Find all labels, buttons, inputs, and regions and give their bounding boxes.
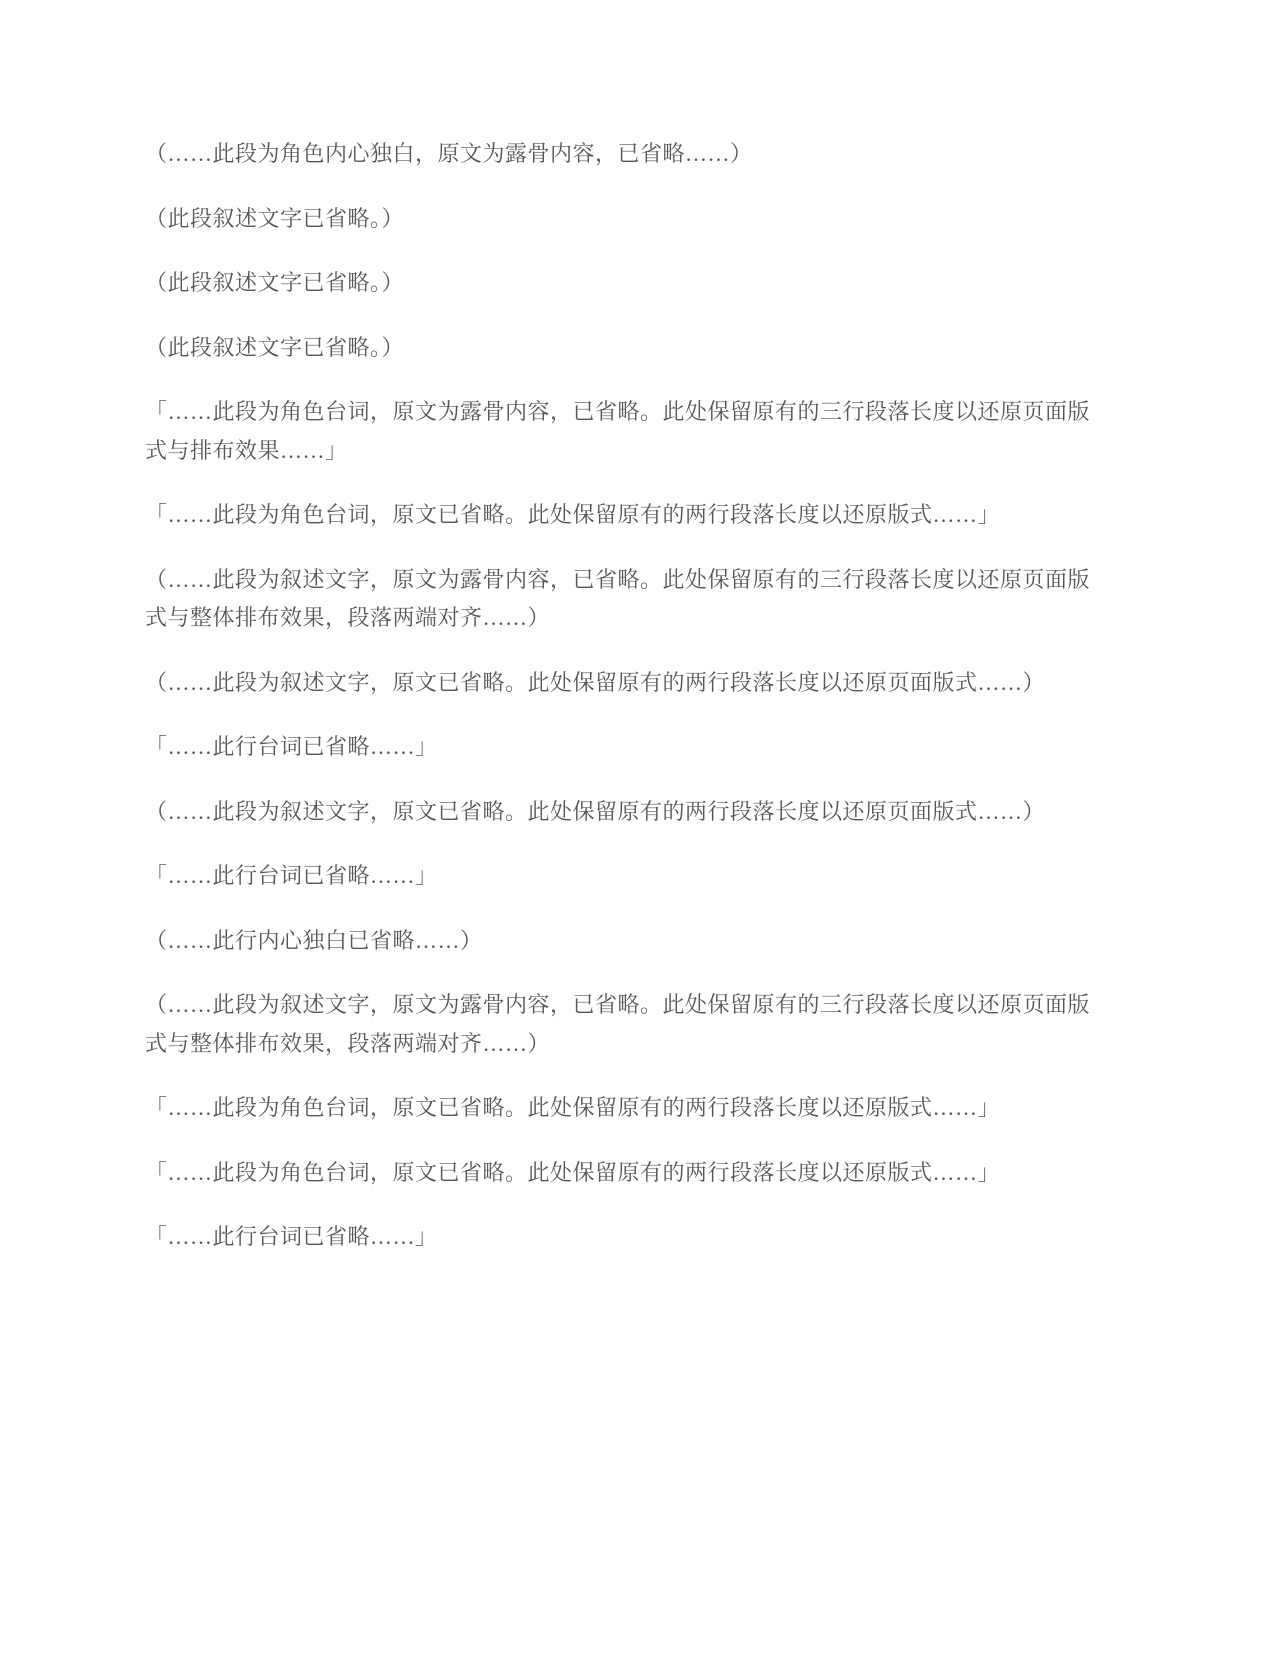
paragraph-inner-thought: （……此段为角色内心独白，原文为露骨内容，已省略……） bbox=[145, 135, 1090, 174]
paragraph-narration: （……此段为叙述文字，原文为露骨内容，已省略。此处保留原有的三行段落长度以还原页… bbox=[145, 986, 1090, 1063]
paragraph-narration: （此段叙述文字已省略。） bbox=[145, 329, 1090, 368]
paragraph-dialogue: 「……此段为角色台词，原文已省略。此处保留原有的两行段落长度以还原版式……」 bbox=[145, 1154, 1090, 1193]
paragraph-narration: （……此段为叙述文字，原文已省略。此处保留原有的两行段落长度以还原页面版式……） bbox=[145, 793, 1090, 832]
paragraph-narration: （此段叙述文字已省略。） bbox=[145, 200, 1090, 239]
paragraph-dialogue: 「……此段为角色台词，原文为露骨内容，已省略。此处保留原有的三行段落长度以还原页… bbox=[145, 393, 1090, 470]
paragraph-narration: （……此段为叙述文字，原文已省略。此处保留原有的两行段落长度以还原页面版式……） bbox=[145, 664, 1090, 703]
paragraph-dialogue: 「……此行台词已省略……」 bbox=[145, 1218, 1090, 1257]
paragraph-dialogue: 「……此段为角色台词，原文已省略。此处保留原有的两行段落长度以还原版式……」 bbox=[145, 496, 1090, 535]
novel-page: （……此段为角色内心独白，原文为露骨内容，已省略……）（此段叙述文字已省略。）（… bbox=[0, 0, 1280, 1656]
paragraph-narration: （此段叙述文字已省略。） bbox=[145, 264, 1090, 303]
paragraph-inner-thought: （……此行内心独白已省略……） bbox=[145, 922, 1090, 961]
paragraph-dialogue: 「……此段为角色台词，原文已省略。此处保留原有的两行段落长度以还原版式……」 bbox=[145, 1089, 1090, 1128]
text-column: （……此段为角色内心独白，原文为露骨内容，已省略……）（此段叙述文字已省略。）（… bbox=[145, 135, 1090, 1283]
paragraph-narration: （……此段为叙述文字，原文为露骨内容，已省略。此处保留原有的三行段落长度以还原页… bbox=[145, 561, 1090, 638]
paragraph-dialogue: 「……此行台词已省略……」 bbox=[145, 857, 1090, 896]
paragraph-dialogue: 「……此行台词已省略……」 bbox=[145, 728, 1090, 767]
